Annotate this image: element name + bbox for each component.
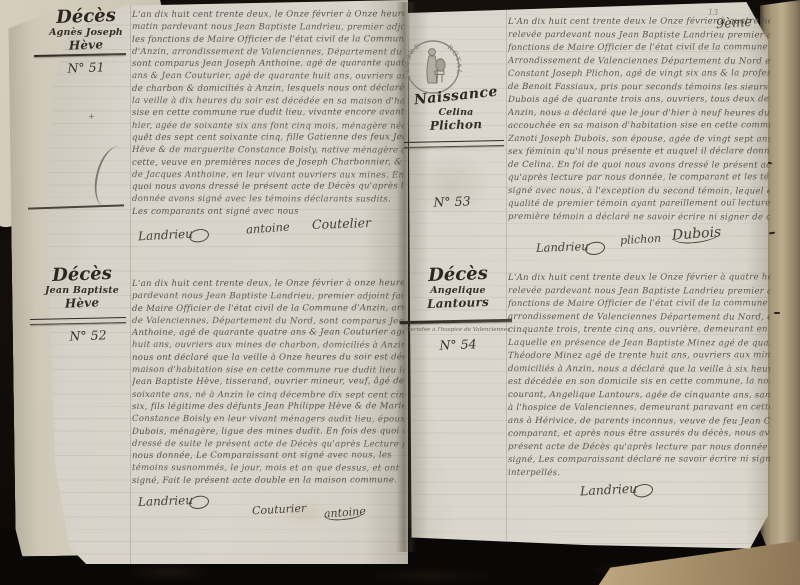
act-51-surname: Hève bbox=[40, 36, 132, 53]
act-53-margin: Naissance Celina Plichon bbox=[402, 88, 510, 132]
ink-cross-mark: + bbox=[88, 112, 95, 121]
manuscript-line: donnée avons signé avec les témoins décl… bbox=[132, 193, 404, 206]
manuscript-line: sont comparus Jean Joseph Anthoine, agé … bbox=[132, 57, 404, 70]
manuscript-line: six, fils légitime des défunts Jean Phil… bbox=[132, 400, 404, 413]
manuscript-line: signé, Fait le présent acte double en la… bbox=[132, 474, 404, 487]
manuscript-line: Dubois, ménagère, ligue des mines dudit.… bbox=[132, 425, 404, 438]
act-54-heading: Décès bbox=[404, 262, 513, 287]
manuscript-line: de Maire Officier de l'état civil de la … bbox=[132, 302, 404, 315]
manuscript-line: Dubois agé de quarante trois ans, ouvrie… bbox=[508, 93, 770, 107]
manuscript-content: + Décès Agnès Joseph Hève N° 51 L'an dix… bbox=[0, 0, 800, 585]
manuscript-line: Hève & de marguerite Constance Boisly, n… bbox=[132, 144, 404, 157]
act-51-margin-rule bbox=[34, 53, 126, 57]
act-51-body-text: L'an dix huit cent trente deux, le Onze … bbox=[132, 9, 404, 218]
manuscript-line: qualité de premier témoin ayant pareille… bbox=[508, 197, 770, 211]
signature-couturier: Couturier bbox=[252, 502, 307, 518]
manuscript-line: quêt des sept cent soixante cinq, fille … bbox=[132, 131, 404, 144]
act-53-body-text: L'An dix huit cent trente deux le Onze f… bbox=[508, 16, 770, 224]
manuscript-line: signé, Les comparaissant déclaré ne savo… bbox=[508, 453, 770, 467]
signature-dubois: Dubois bbox=[671, 224, 721, 244]
act-52-margin-rule bbox=[30, 317, 126, 325]
act-54-margin-rule bbox=[400, 319, 512, 324]
act-54-surname: Lantours bbox=[404, 294, 512, 312]
manuscript-line: L'An dix huit cent trente deux le Onze f… bbox=[508, 271, 770, 285]
act-51-margin: Décès Agnès Joseph Hève bbox=[40, 6, 132, 52]
signature-landrieu: Landrieu bbox=[138, 227, 194, 244]
act-53-surname: Plichon bbox=[402, 116, 510, 134]
page-number: 9ème bbox=[716, 15, 753, 32]
act-54-margin-note: Décédée à l'hospice de Valenciennes bbox=[404, 327, 512, 333]
manuscript-line: sise en cette commune rue dudit lieu, vi… bbox=[132, 107, 404, 120]
manuscript-line: les fonctions de Maire Officier de l'éta… bbox=[132, 33, 404, 46]
manuscript-line: Constant Joseph Plichon, agé de vingt si… bbox=[508, 67, 770, 81]
manuscript-line: qu'après lecture par nous donnée, le com… bbox=[508, 171, 770, 185]
signature-landrieu: Landrieu bbox=[536, 239, 589, 255]
manuscript-line: est décédée en son domicile sis en cette… bbox=[508, 375, 770, 389]
act-54-number: N° 54 bbox=[428, 336, 488, 353]
act-51-number: N° 51 bbox=[56, 59, 116, 76]
manuscript-line: interpellés. bbox=[508, 467, 770, 481]
manuscript-line: L'an dix huit cent trente deux, le Onze … bbox=[132, 8, 404, 21]
manuscript-line: quoi nous avons dressé le présent acte d… bbox=[132, 180, 404, 193]
manuscript-line: fonctions de Maire Officier de l'état ci… bbox=[508, 41, 770, 55]
manuscript-line: nous ont déclaré que la veille à Onze he… bbox=[132, 351, 404, 364]
manuscript-line: fonctions de Maire Officier de l'état ci… bbox=[508, 297, 770, 311]
stamp-word-left: TIMBRE bbox=[404, 41, 422, 80]
act-53-number: N° 53 bbox=[422, 193, 482, 210]
stamp-word-right: ROYAL bbox=[446, 43, 462, 75]
manuscript-line: témoins susnommés, le jour, mois et an q… bbox=[132, 462, 404, 475]
manuscript-line: L'an dix huit cent trente deux, le Onze … bbox=[132, 277, 404, 290]
act-52-margin: Décès Jean Baptiste Hève bbox=[36, 264, 128, 310]
manuscript-line: cinquante trois, trente cinq ans, ouvriè… bbox=[508, 323, 770, 337]
manuscript-line: Jean Baptiste Hève, tisserand, ouvrier m… bbox=[132, 376, 404, 389]
act-52-heading: Décès bbox=[36, 262, 129, 286]
signature-antoine: antoine bbox=[324, 505, 367, 522]
act-52-surname: Hève bbox=[36, 294, 128, 311]
act-54-body-text: L'An dix huit cent trente deux le Onze f… bbox=[508, 272, 770, 480]
manuscript-line: sex féminin qu'il nous présente et auque… bbox=[508, 145, 770, 159]
signature-plichon: plichon bbox=[620, 232, 662, 247]
pencil-folio-note: 13 bbox=[708, 8, 718, 17]
manuscript-line: première témoin a déclaré ne savoir écri… bbox=[508, 211, 770, 225]
ink-flourish bbox=[89, 143, 135, 211]
act-51-heading: Décès bbox=[40, 4, 133, 28]
manuscript-line: Anthoine, agé de quarante quatre ans & J… bbox=[132, 326, 404, 339]
act-54-margin: Décès Angelique Lantours bbox=[404, 264, 512, 310]
signature-landrieu: Landrieu bbox=[580, 481, 638, 499]
register-book-scan: + Décès Agnès Joseph Hève N° 51 L'an dix… bbox=[0, 0, 800, 585]
act-52-number: N° 52 bbox=[58, 327, 118, 344]
manuscript-line: Constance Boisly en leur vivant ménagers… bbox=[132, 413, 404, 426]
act-53-margin-rule bbox=[404, 140, 504, 148]
manuscript-line: Théodore Minez agé de trente huit ans, o… bbox=[508, 349, 770, 363]
manuscript-line: cette, veuve en premières noces de Josep… bbox=[132, 156, 404, 169]
signature-antoine: antoine bbox=[246, 219, 291, 236]
stamp-figure-icon bbox=[427, 49, 445, 83]
manuscript-line: comparant, et après nous être assurés du… bbox=[508, 427, 770, 441]
svg-text:ROYAL: ROYAL bbox=[446, 43, 462, 75]
manuscript-line: pardevant nous Jean Baptiste Landrieu, p… bbox=[132, 290, 404, 303]
manuscript-line: matin pardevant nous Jean Baptiste Landr… bbox=[132, 21, 404, 34]
manuscript-line: de charbon & domiciliés à Anzin, lesquel… bbox=[132, 82, 404, 95]
manuscript-line: accouchée en sa maison d'habitation sise… bbox=[508, 119, 770, 133]
signature-landrieu: Landrieu bbox=[138, 493, 193, 509]
manuscript-line: nous donnée, Le Comparaissant ont signé … bbox=[132, 449, 404, 462]
signature-coutelier: Coutelier bbox=[312, 215, 371, 232]
act-52-body-text: L'an dix huit cent trente deux, le Onze … bbox=[132, 278, 404, 487]
svg-text:TIMBRE: TIMBRE bbox=[404, 41, 422, 80]
manuscript-line: à l'hospice de Valenciennes, demeurant p… bbox=[508, 401, 770, 415]
